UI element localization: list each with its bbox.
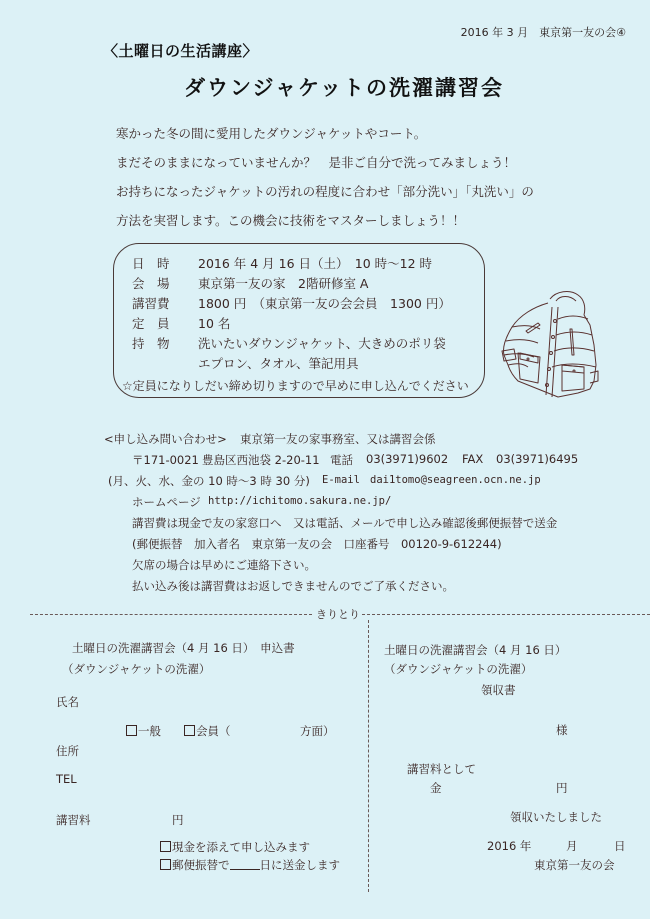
- event-details-box: 日 時2016 年 4 月 16 日（土） 10 時～12 時 会 場東京第一友…: [113, 243, 485, 398]
- option-pay-cash[interactable]: 現金を添えて申し込みます: [160, 839, 310, 855]
- receipt-issuer: 東京第一友の会: [534, 857, 615, 873]
- homepage-link[interactable]: http://ichitomo.sakura.ne.jp/: [208, 495, 391, 507]
- receipt-yen: 円: [556, 780, 568, 796]
- cut-line-right: [362, 614, 650, 615]
- detail-label: 定 員: [132, 314, 198, 332]
- detail-row-fee: 講習費1800 円 （東京第一友の会会員 1300 円）: [132, 294, 451, 312]
- fax-label: FAX: [462, 452, 483, 466]
- checkbox-pay-cash[interactable]: [160, 841, 171, 852]
- fee-yen: 円: [172, 812, 184, 828]
- receipt-received: 領収いたしました: [510, 809, 602, 825]
- receipt-day: 日: [614, 838, 626, 854]
- fee-label: 講習料: [56, 812, 91, 828]
- address-label: 住所: [56, 743, 79, 759]
- detail-label: 日 時: [132, 254, 198, 272]
- detail-row-venue: 会 場東京第一友の家 2階研修室 A: [132, 274, 368, 292]
- receipt-month: 月: [566, 838, 578, 854]
- email-link[interactable]: dai1tomo@seagreen.ocn.ne.jp: [370, 474, 541, 486]
- checkbox-general[interactable]: [126, 725, 137, 736]
- checkbox-pay-transfer[interactable]: [160, 859, 171, 870]
- cut-label: きりとり: [314, 606, 362, 622]
- receipt-amount-label: 金: [430, 780, 442, 796]
- detail-row-bring: 持 物洗いたいダウンジャケット、大きめのポリ袋: [132, 334, 446, 352]
- cut-line-vertical: [368, 620, 369, 892]
- homepage-label: ホームページ: [132, 494, 201, 510]
- office-hours: (月、火、水、金の 10 時～3 時 30 分): [108, 473, 310, 489]
- intro-line: お持ちになったジャケットの汚れの程度に合わせ「部分洗い」「丸洗い」の: [116, 182, 534, 211]
- detail-value: 東京第一友の家 2階研修室 A: [198, 276, 368, 291]
- cut-line-left: [30, 614, 312, 615]
- tel-number: 03(3971)9602: [366, 452, 448, 466]
- address: 豊島区西池袋 2-20-11: [202, 452, 320, 468]
- transfer-account: (郵便振替 加入者名 東京第一友の会 口座番号 00120-9-612244): [132, 536, 502, 552]
- detail-value: 1800 円 （東京第一友の会会員 1300 円）: [198, 296, 451, 311]
- intro-line: まだそのままになっていませんか？ 是非ご自分で洗ってみましょう！: [116, 153, 534, 182]
- pay-cash-label: 現金を添えて申し込みます: [172, 840, 310, 854]
- form-subtitle: （ダウンジャケットの洗濯）: [62, 661, 210, 677]
- detail-row-datetime: 日 時2016 年 4 月 16 日（土） 10 時～12 時: [132, 254, 432, 272]
- option-pay-transfer[interactable]: 郵便振替で日に送金します: [160, 857, 340, 873]
- checkbox-member[interactable]: [184, 725, 195, 736]
- page-title: ダウンジャケットの洗濯講習会: [184, 72, 504, 102]
- postal-code: 〒171-0021: [132, 452, 199, 468]
- contact-office: 東京第一友の家事務室、又は講習会係: [240, 431, 436, 447]
- detail-row-capacity: 定 員10 名: [132, 314, 230, 332]
- down-jacket-icon: [498, 285, 608, 405]
- tel-label: TEL: [56, 772, 77, 786]
- detail-label: 会 場: [132, 274, 198, 292]
- detail-value: 洗いたいダウンジャケット、大きめのポリ袋: [198, 336, 446, 351]
- form-title: 土曜日の洗濯講習会（4 月 16 日） 申込書: [72, 640, 295, 656]
- option-member[interactable]: 会員（: [184, 723, 231, 739]
- option-member-label: 会員（: [196, 724, 231, 738]
- receipt-honorific: 様: [556, 722, 568, 738]
- issue-meta: 2016 年 3 月 東京第一友の会④: [461, 24, 626, 40]
- name-label: 氏名: [56, 694, 79, 710]
- option-general[interactable]: 一般: [126, 723, 161, 739]
- receipt-heading: 領収書: [481, 682, 516, 698]
- payment-info: 講習費は現金で友の家窓口へ 又は電話、メールで申し込み確認後郵便振替で送金: [132, 515, 557, 531]
- series-title: 〈土曜日の生活講座〉: [103, 40, 258, 61]
- detail-value: エプロン、タオル、筆記用具: [198, 356, 359, 371]
- detail-value: 2016 年 4 月 16 日（土） 10 時～12 時: [198, 256, 432, 271]
- detail-value: 10 名: [198, 316, 230, 331]
- detail-label: 講習費: [132, 294, 198, 312]
- receipt-title: 土曜日の洗濯講習会（4 月 16 日）: [384, 642, 566, 658]
- contact-heading: <申し込み問い合わせ>: [104, 431, 227, 447]
- option-general-label: 一般: [138, 724, 161, 738]
- intro-line: 寒かった冬の間に愛用したダウンジャケットやコート。: [116, 124, 534, 153]
- receipt-subtitle: （ダウンジャケットの洗濯）: [384, 661, 532, 677]
- pay-transfer-suffix: 日に送金します: [260, 858, 341, 872]
- detail-label: 持 物: [132, 334, 198, 352]
- detail-row-bring-cont: エプロン、タオル、筆記用具: [132, 354, 359, 372]
- member-area-suffix: 方面）: [300, 723, 335, 739]
- intro-line: 方法を実習します。この機会に技術をマスターしましょう！！: [116, 211, 534, 240]
- tel-label: 電話: [330, 452, 353, 468]
- capacity-note: ☆定員になりしだい締め切りますので早めに申し込んでください: [122, 377, 469, 394]
- transfer-day-blank[interactable]: [230, 859, 260, 870]
- refund-note: 払い込み後は講習費はお返しできませんのでご了承ください。: [132, 578, 454, 594]
- absence-note: 欠席の場合は早めにご連絡下さい。: [132, 557, 316, 573]
- receipt-year: 2016 年: [487, 838, 531, 854]
- fax-number: 03(3971)6495: [496, 452, 578, 466]
- pay-transfer-prefix: 郵便振替で: [172, 858, 230, 872]
- email-label: E-mail: [322, 474, 360, 486]
- intro-paragraph: 寒かった冬の間に愛用したダウンジャケットやコート。 まだそのままになっていません…: [116, 124, 534, 240]
- receipt-fee-as: 講習料として: [407, 761, 476, 777]
